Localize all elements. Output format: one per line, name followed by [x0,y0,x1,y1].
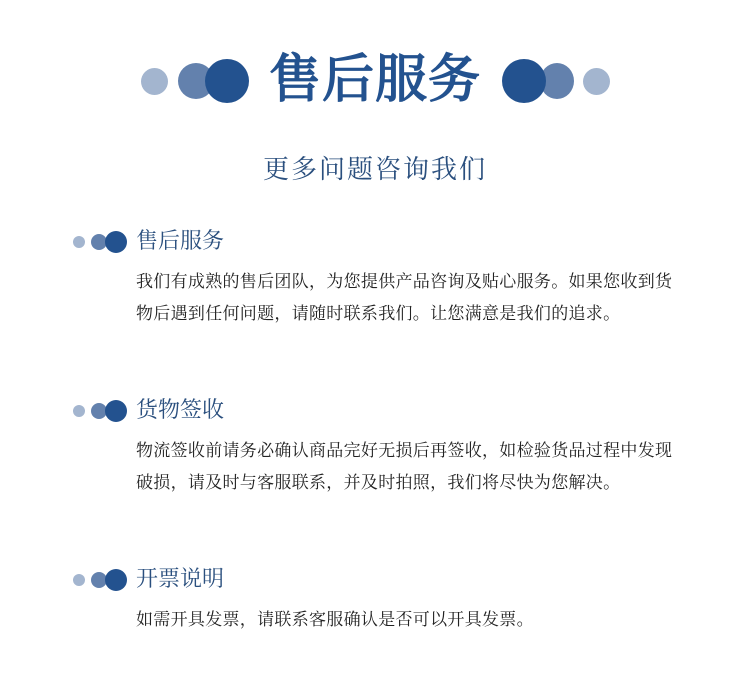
dot-dark-icon [105,231,127,253]
dot-light-icon [141,68,168,95]
section-body: 如需开具发票，请联系客服确认是否可以开具发票。 [136,604,676,636]
section-body: 我们有成熟的售后团队，为您提供产品咨询及贴心服务。如果您收到货物后遇到任何问题，… [136,266,676,330]
dot-light-icon [73,574,85,586]
dot-dark-icon [502,59,546,103]
page-title: 售后服务 [262,44,488,116]
section-title: 开票说明 [136,564,224,596]
section-title: 货物签收 [136,395,224,427]
dot-dark-icon [205,59,249,103]
section-body: 物流签收前请务必确认商品完好无损后再签收，如检验货品过程中发现破损，请及时与客服… [136,435,676,499]
dot-dark-icon [105,569,127,591]
dot-light-icon [73,236,85,248]
dot-dark-icon [105,400,127,422]
dot-light-icon [73,405,85,417]
page-subtitle: 更多问题咨询我们 [0,150,750,190]
section-title: 售后服务 [136,226,224,258]
dot-light-icon [583,68,610,95]
